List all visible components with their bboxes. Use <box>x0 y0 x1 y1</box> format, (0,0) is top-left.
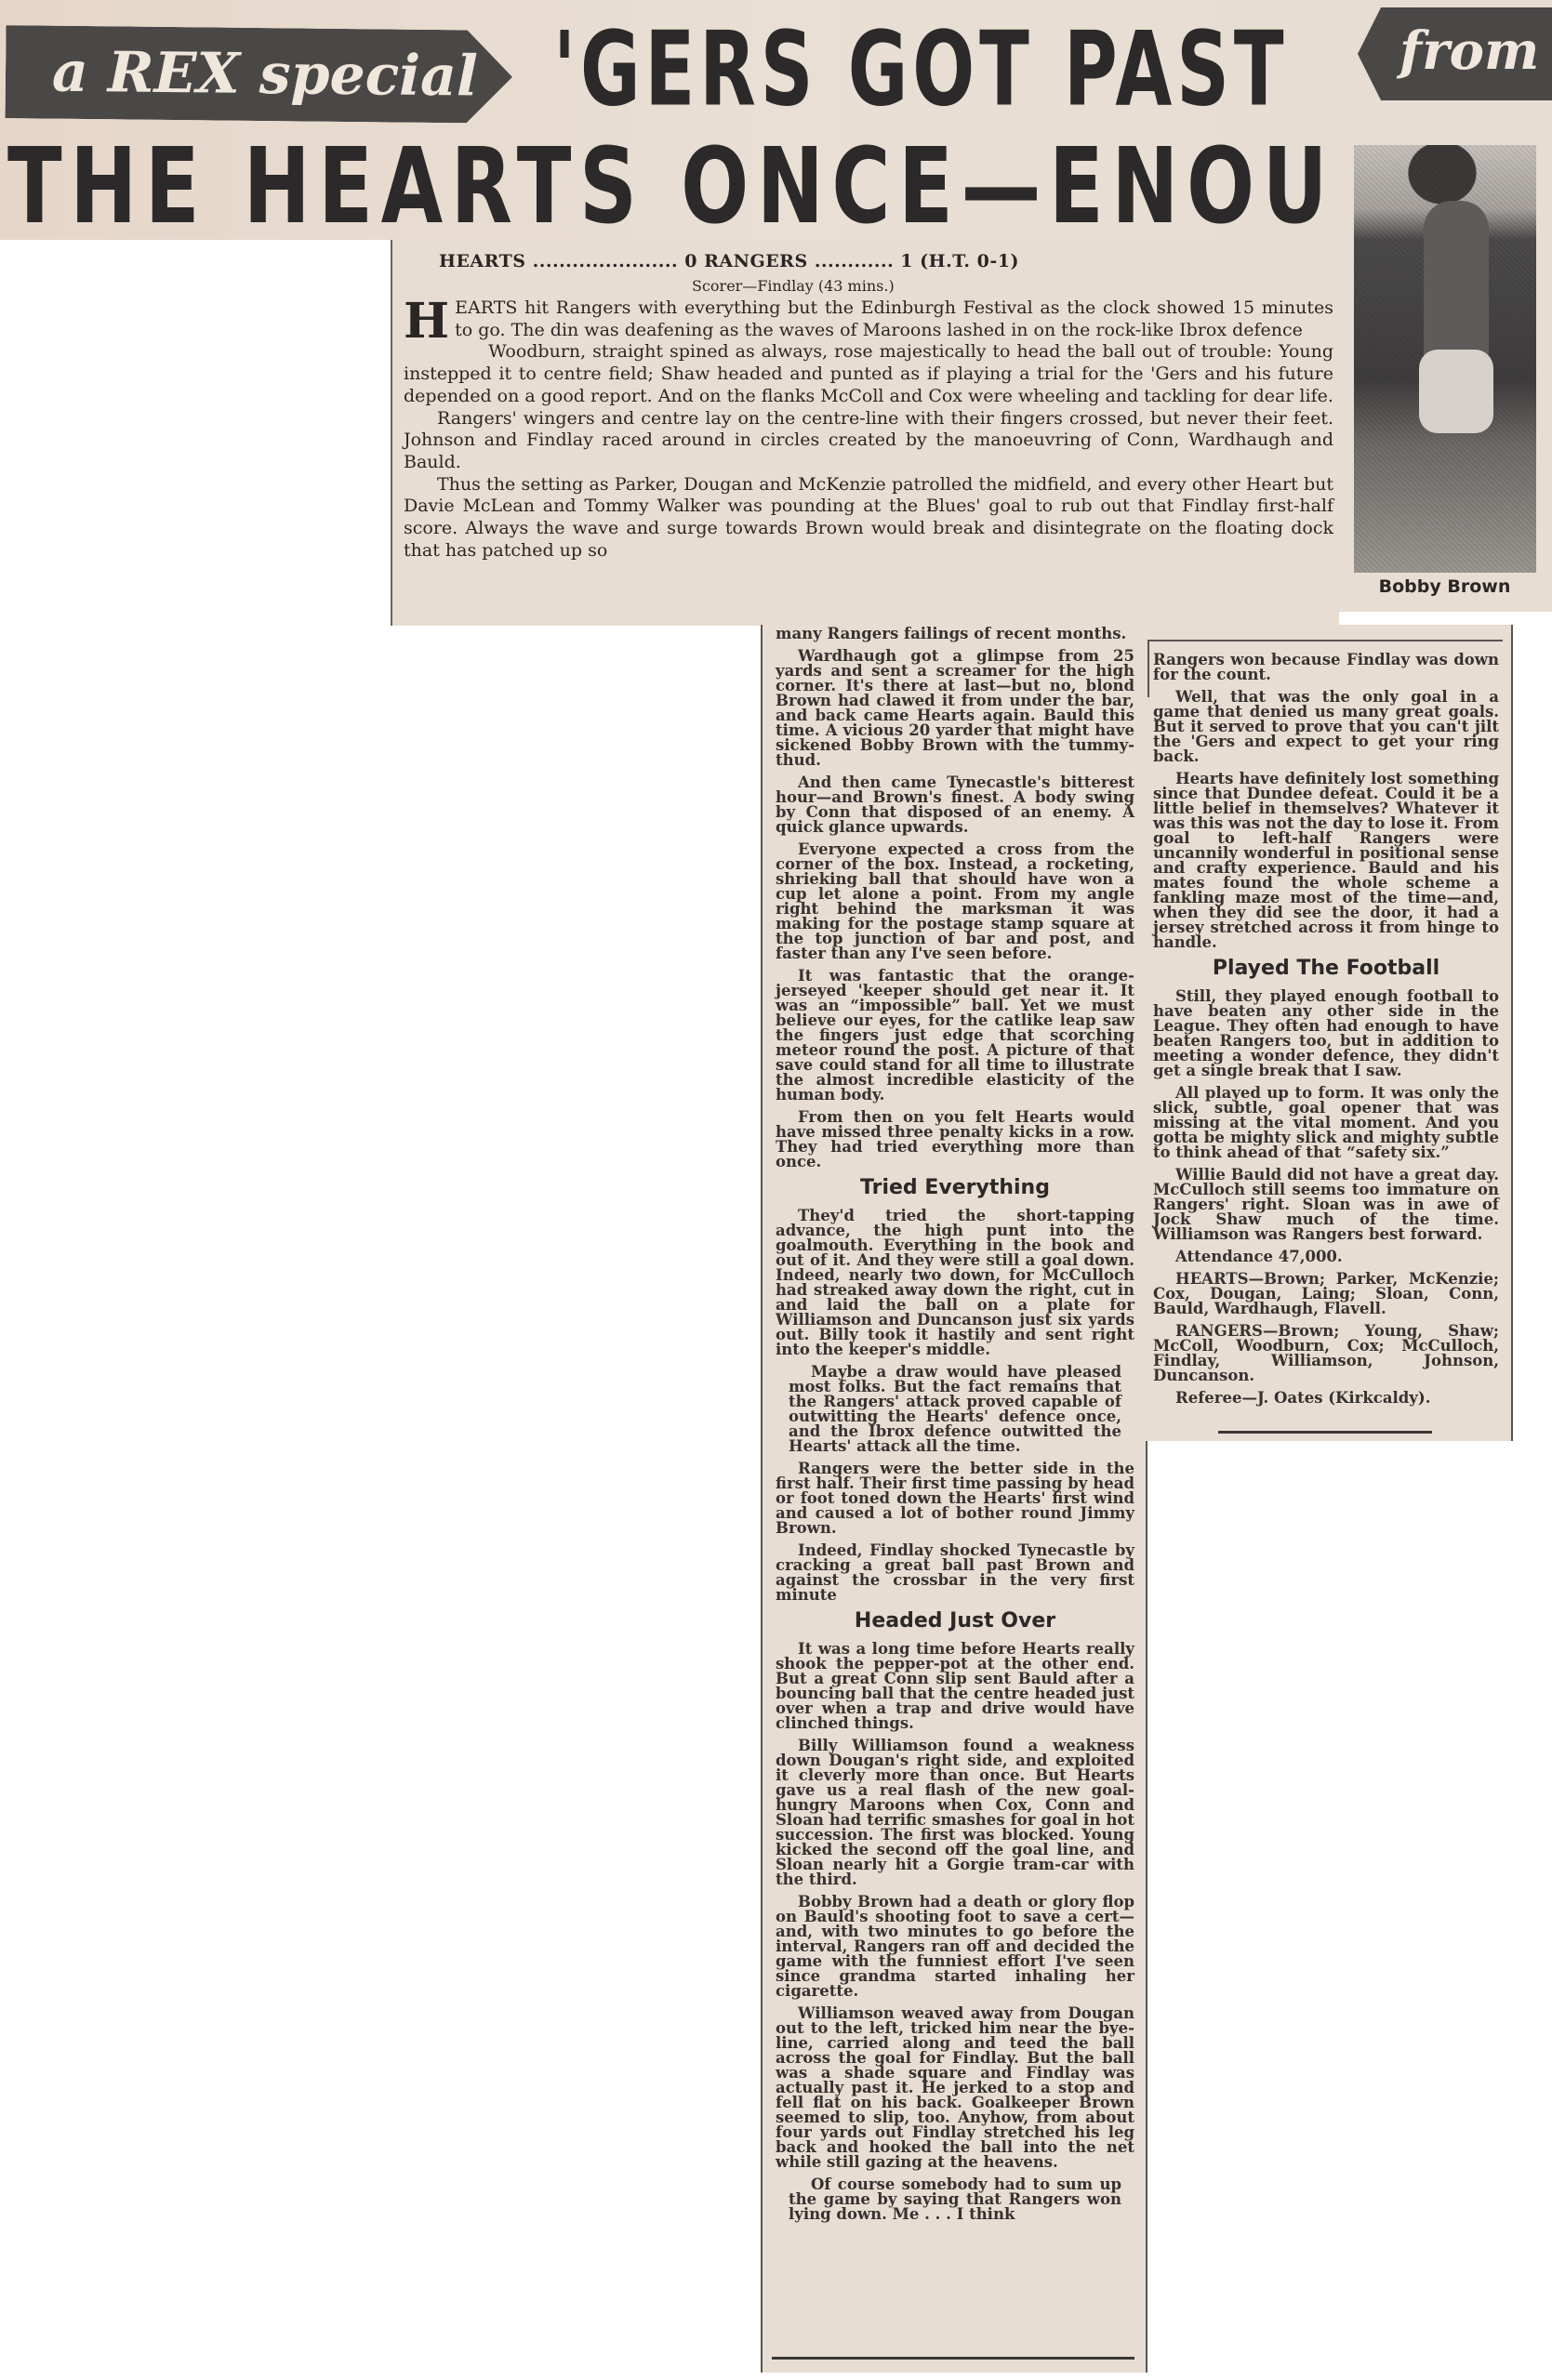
paragraph: Hearts have definitely lost something si… <box>1153 772 1499 950</box>
paragraph: Bobby Brown had a death or glory flop on… <box>776 1895 1134 1999</box>
intro-paragraph: HEARTS hit Rangers with everything but t… <box>404 297 1333 341</box>
paragraph: Maybe a draw would have pleased most fol… <box>789 1365 1121 1454</box>
column-2-text: Rangers won because Findlay was down for… <box>1153 653 1499 1413</box>
column-1-text: many Rangers failings of recent months. … <box>776 627 1134 2229</box>
column-end-rule <box>772 2357 1134 2360</box>
paragraph: Woodburn, straight spined as always, ros… <box>404 341 1333 407</box>
paragraph: Well, that was the only goal in a game t… <box>1153 690 1499 764</box>
rex-special-banner: a REX special <box>5 25 512 124</box>
paragraph: From then on you felt Hearts would have … <box>776 1110 1134 1170</box>
subheading-headed-just-over: Headed Just Over <box>776 1614 1134 1629</box>
paragraph: Everyone expected a cross from the corne… <box>776 842 1134 961</box>
headline-strip: a REX special 'GERS GOT PAST from THE HE… <box>0 0 1552 240</box>
paragraph: It was fantastic that the orange-jerseye… <box>776 969 1134 1103</box>
subheading-played-the-football: Played The Football <box>1153 961 1499 976</box>
intro-paragraph-text: EARTS hit Rangers with everything but th… <box>455 297 1333 340</box>
column-1: many Rangers failings of recent months. … <box>761 625 1147 2373</box>
paragraph: Williamson weaved away from Dougan out t… <box>776 2006 1134 2170</box>
paragraph: Rangers won because Findlay was down for… <box>1153 653 1499 682</box>
photo-block: Bobby Brown <box>1337 138 1552 612</box>
goalkeeper-photo <box>1354 145 1536 573</box>
headline-line-1: 'GERS GOT PAST <box>553 9 1289 129</box>
paragraph: Willie Bauld did not have a great day. M… <box>1153 1168 1499 1242</box>
scoreline: HEARTS ...................... 0 RANGERS … <box>439 251 1019 271</box>
intro-text: HEARTS hit Rangers with everything but t… <box>404 297 1333 562</box>
paragraph: All played up to form. It was only the s… <box>1153 1086 1499 1160</box>
subheading-tried-everything: Tried Everything <box>776 1181 1134 1196</box>
paragraph: It was a long time before Hearts really … <box>776 1642 1134 1731</box>
paragraph: And then came Tynecastle's bitterest hou… <box>776 775 1134 835</box>
paragraph: Thus the setting as Parker, Dougan and M… <box>404 474 1333 562</box>
paragraph: Billy Williamson found a weakness down D… <box>776 1739 1134 1887</box>
article-intro-block: HEARTS ...................... 0 RANGERS … <box>391 240 1339 626</box>
paragraph: They'd tried the short-tapping advance, … <box>776 1209 1134 1357</box>
paragraph: Indeed, Findlay shocked Tynecastle by cr… <box>776 1543 1134 1603</box>
player-shorts-shape <box>1419 350 1493 433</box>
column-2: Rangers won because Findlay was down for… <box>1144 625 1513 1441</box>
hearts-lineup: HEARTS—Brown; Parker, McKenzie; Cox, Dou… <box>1153 1272 1499 1316</box>
scorer-line: Scorer—Findlay (43 mins.) <box>692 277 895 295</box>
photo-caption: Bobby Brown <box>1337 576 1552 597</box>
paragraph: many Rangers failings of recent months. <box>776 627 1134 641</box>
rangers-lineup: RANGERS—Brown; Young, Shaw; McColl, Wood… <box>1153 1324 1499 1383</box>
drop-cap: H <box>404 301 449 342</box>
paragraph: Rangers' wingers and centre lay on the c… <box>404 408 1333 474</box>
column-end-rule <box>1218 1431 1432 1434</box>
paragraph: Still, they played enough football to ha… <box>1153 989 1499 1078</box>
referee: Referee—J. Oates (Kirkcaldy). <box>1153 1391 1499 1406</box>
headline-line-2: THE HEARTS ONCE—ENOUGH <box>7 126 1484 247</box>
paragraph: Of course somebody had to sum up the gam… <box>789 2177 1121 2222</box>
paragraph: Rangers were the better side in the firs… <box>776 1461 1134 1536</box>
attendance: Attendance 47,000. <box>1153 1249 1499 1264</box>
from-banner: from <box>1358 7 1552 100</box>
paragraph: Wardhaugh got a glimpse from 25 yards an… <box>776 649 1134 768</box>
